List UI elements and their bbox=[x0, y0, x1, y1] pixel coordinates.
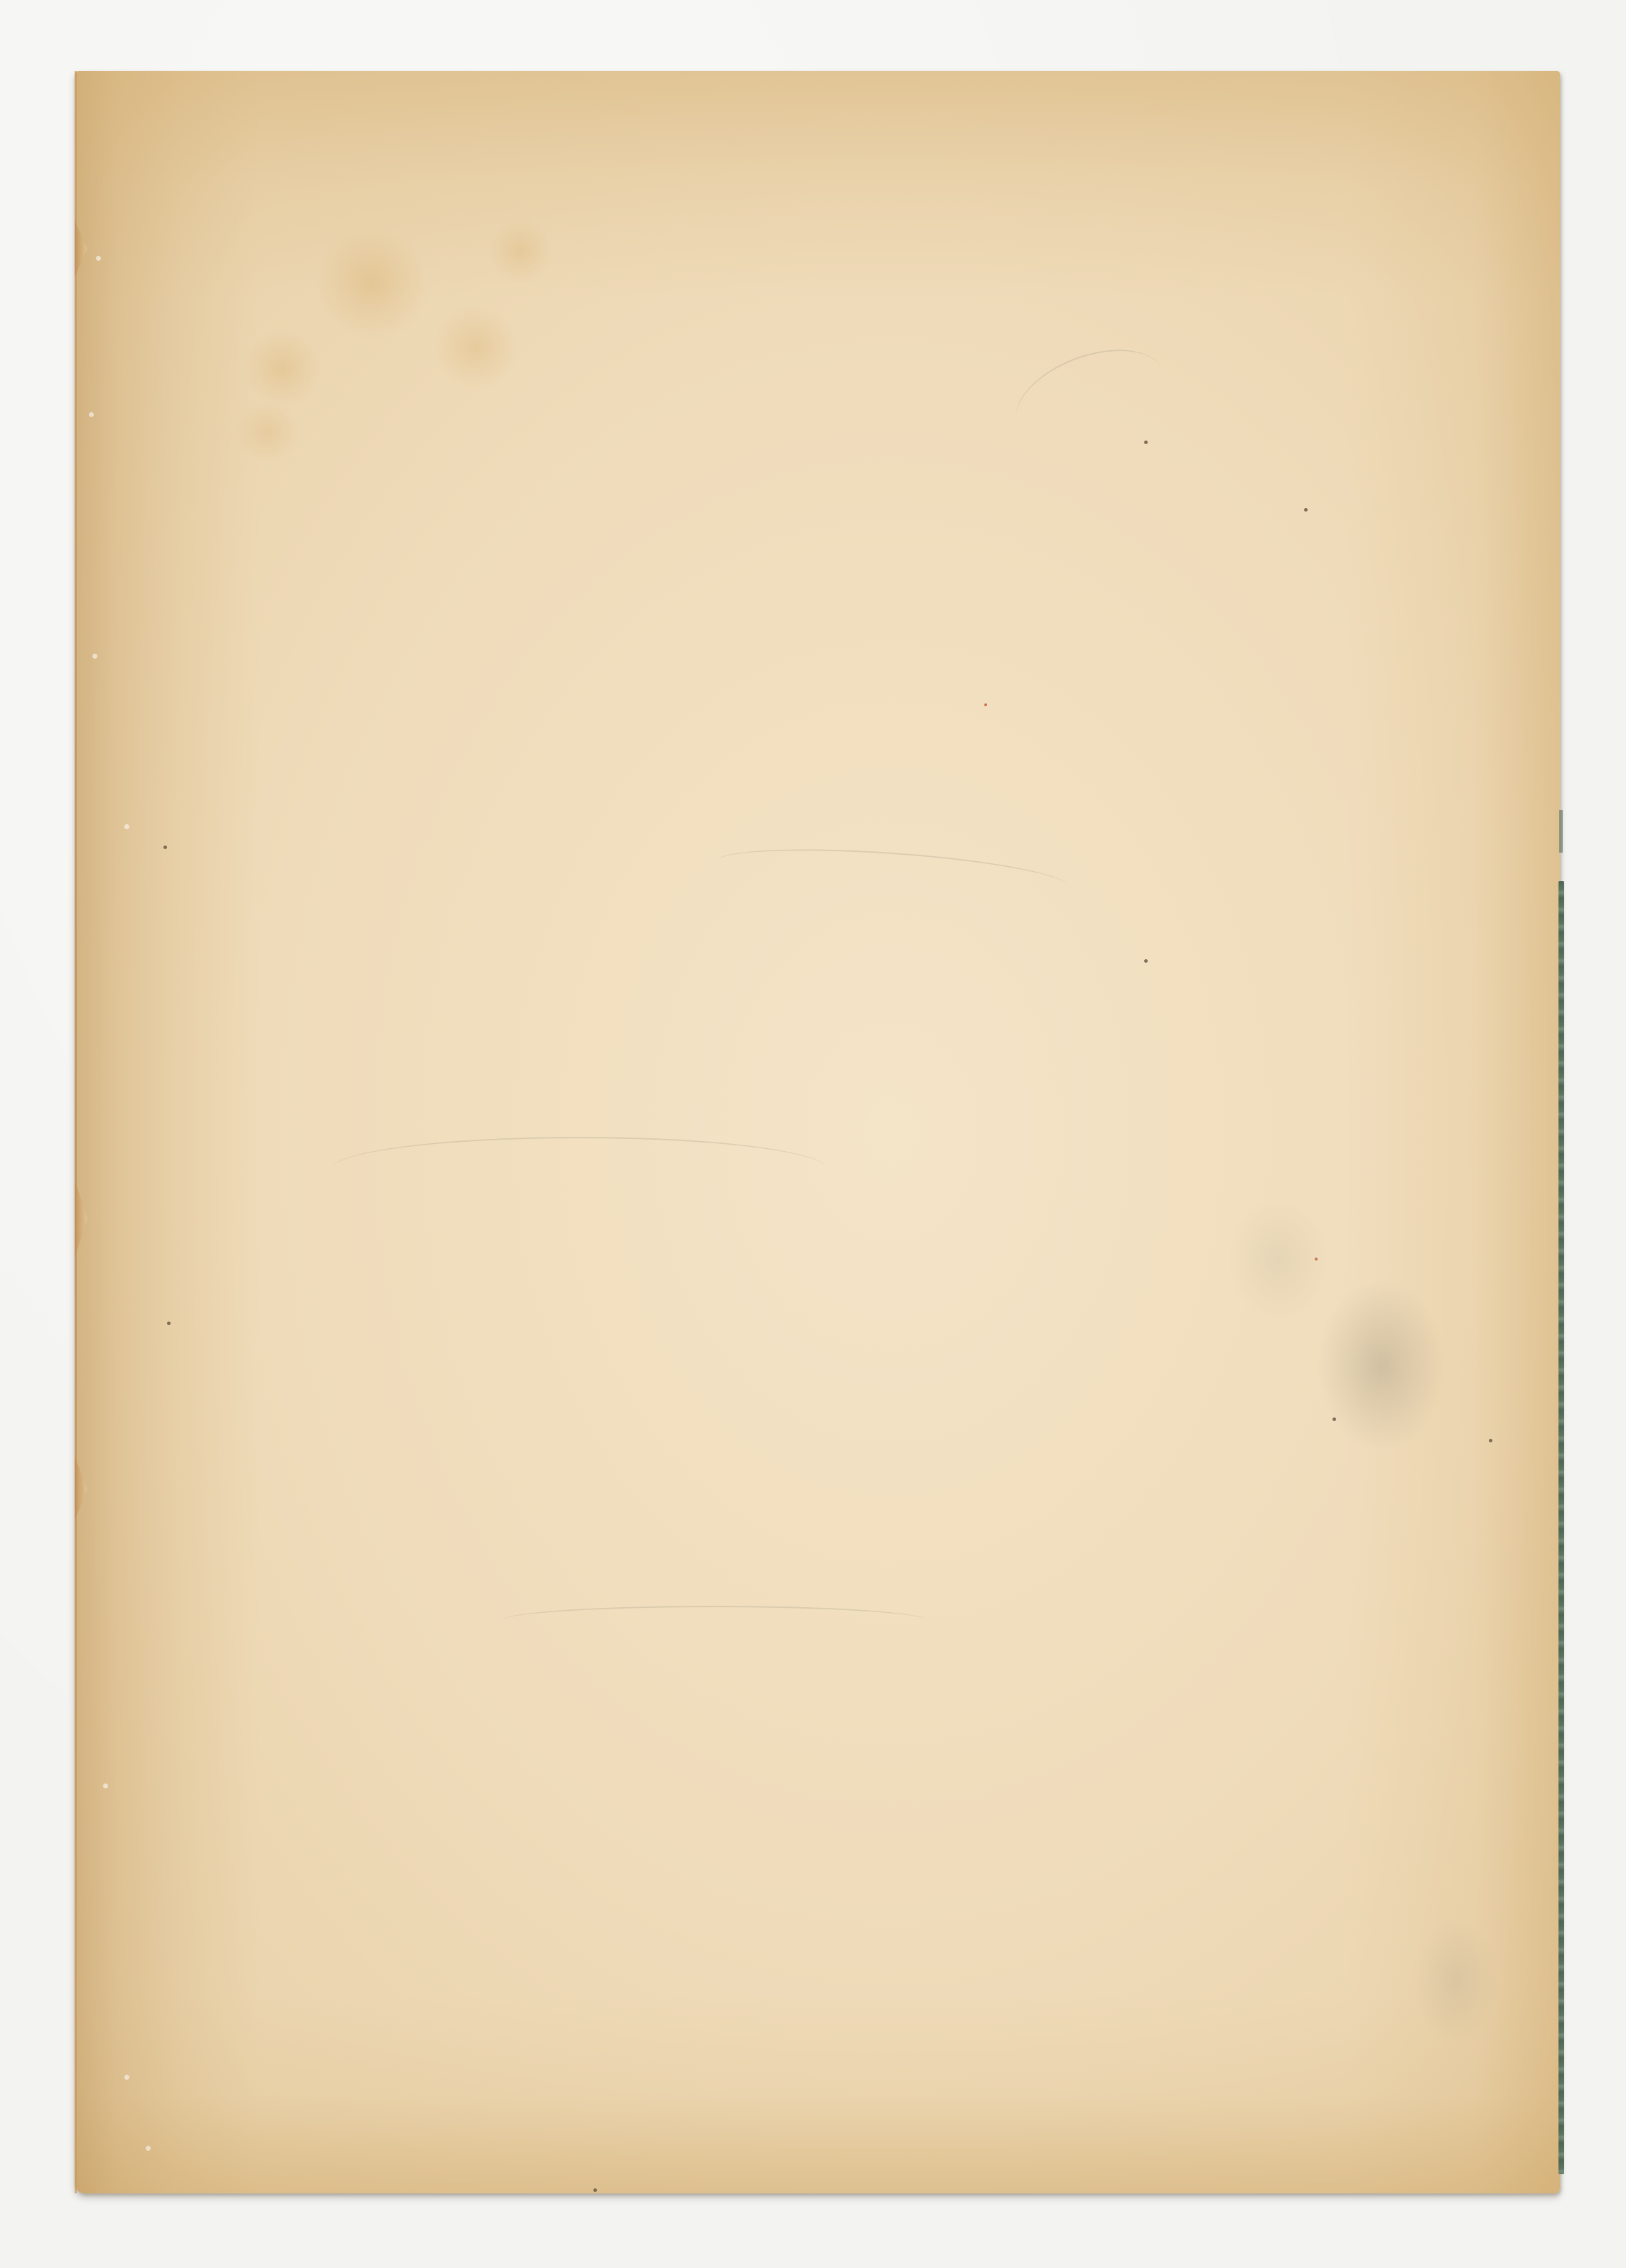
speck bbox=[1144, 959, 1148, 963]
light-dot bbox=[124, 824, 129, 829]
green-spine-strip bbox=[1558, 881, 1564, 2174]
light-dot bbox=[96, 256, 101, 261]
paper-page bbox=[75, 71, 1560, 2193]
edge-tear bbox=[75, 1457, 87, 1521]
edge-tear bbox=[75, 1179, 87, 1258]
speck bbox=[984, 703, 987, 706]
speck bbox=[1489, 1439, 1492, 1442]
light-dot bbox=[124, 2075, 129, 2080]
speck bbox=[1315, 1258, 1318, 1260]
speck bbox=[1304, 508, 1308, 512]
speck bbox=[1332, 1417, 1336, 1421]
light-dot bbox=[89, 412, 94, 417]
binding-crease bbox=[75, 71, 77, 2193]
speck bbox=[167, 1322, 171, 1325]
speck bbox=[1144, 441, 1148, 444]
pencil-trace bbox=[1003, 331, 1179, 466]
speck bbox=[163, 846, 167, 849]
speck bbox=[593, 2188, 597, 2192]
spine-strip-tip bbox=[1559, 810, 1563, 853]
light-dot bbox=[103, 1783, 108, 1788]
pencil-trace bbox=[501, 1606, 927, 1636]
pencil-trace bbox=[713, 841, 1070, 909]
light-dot bbox=[146, 2146, 151, 2151]
pencil-trace bbox=[330, 1137, 828, 1202]
light-dot bbox=[92, 654, 97, 659]
edge-tear bbox=[75, 220, 87, 277]
